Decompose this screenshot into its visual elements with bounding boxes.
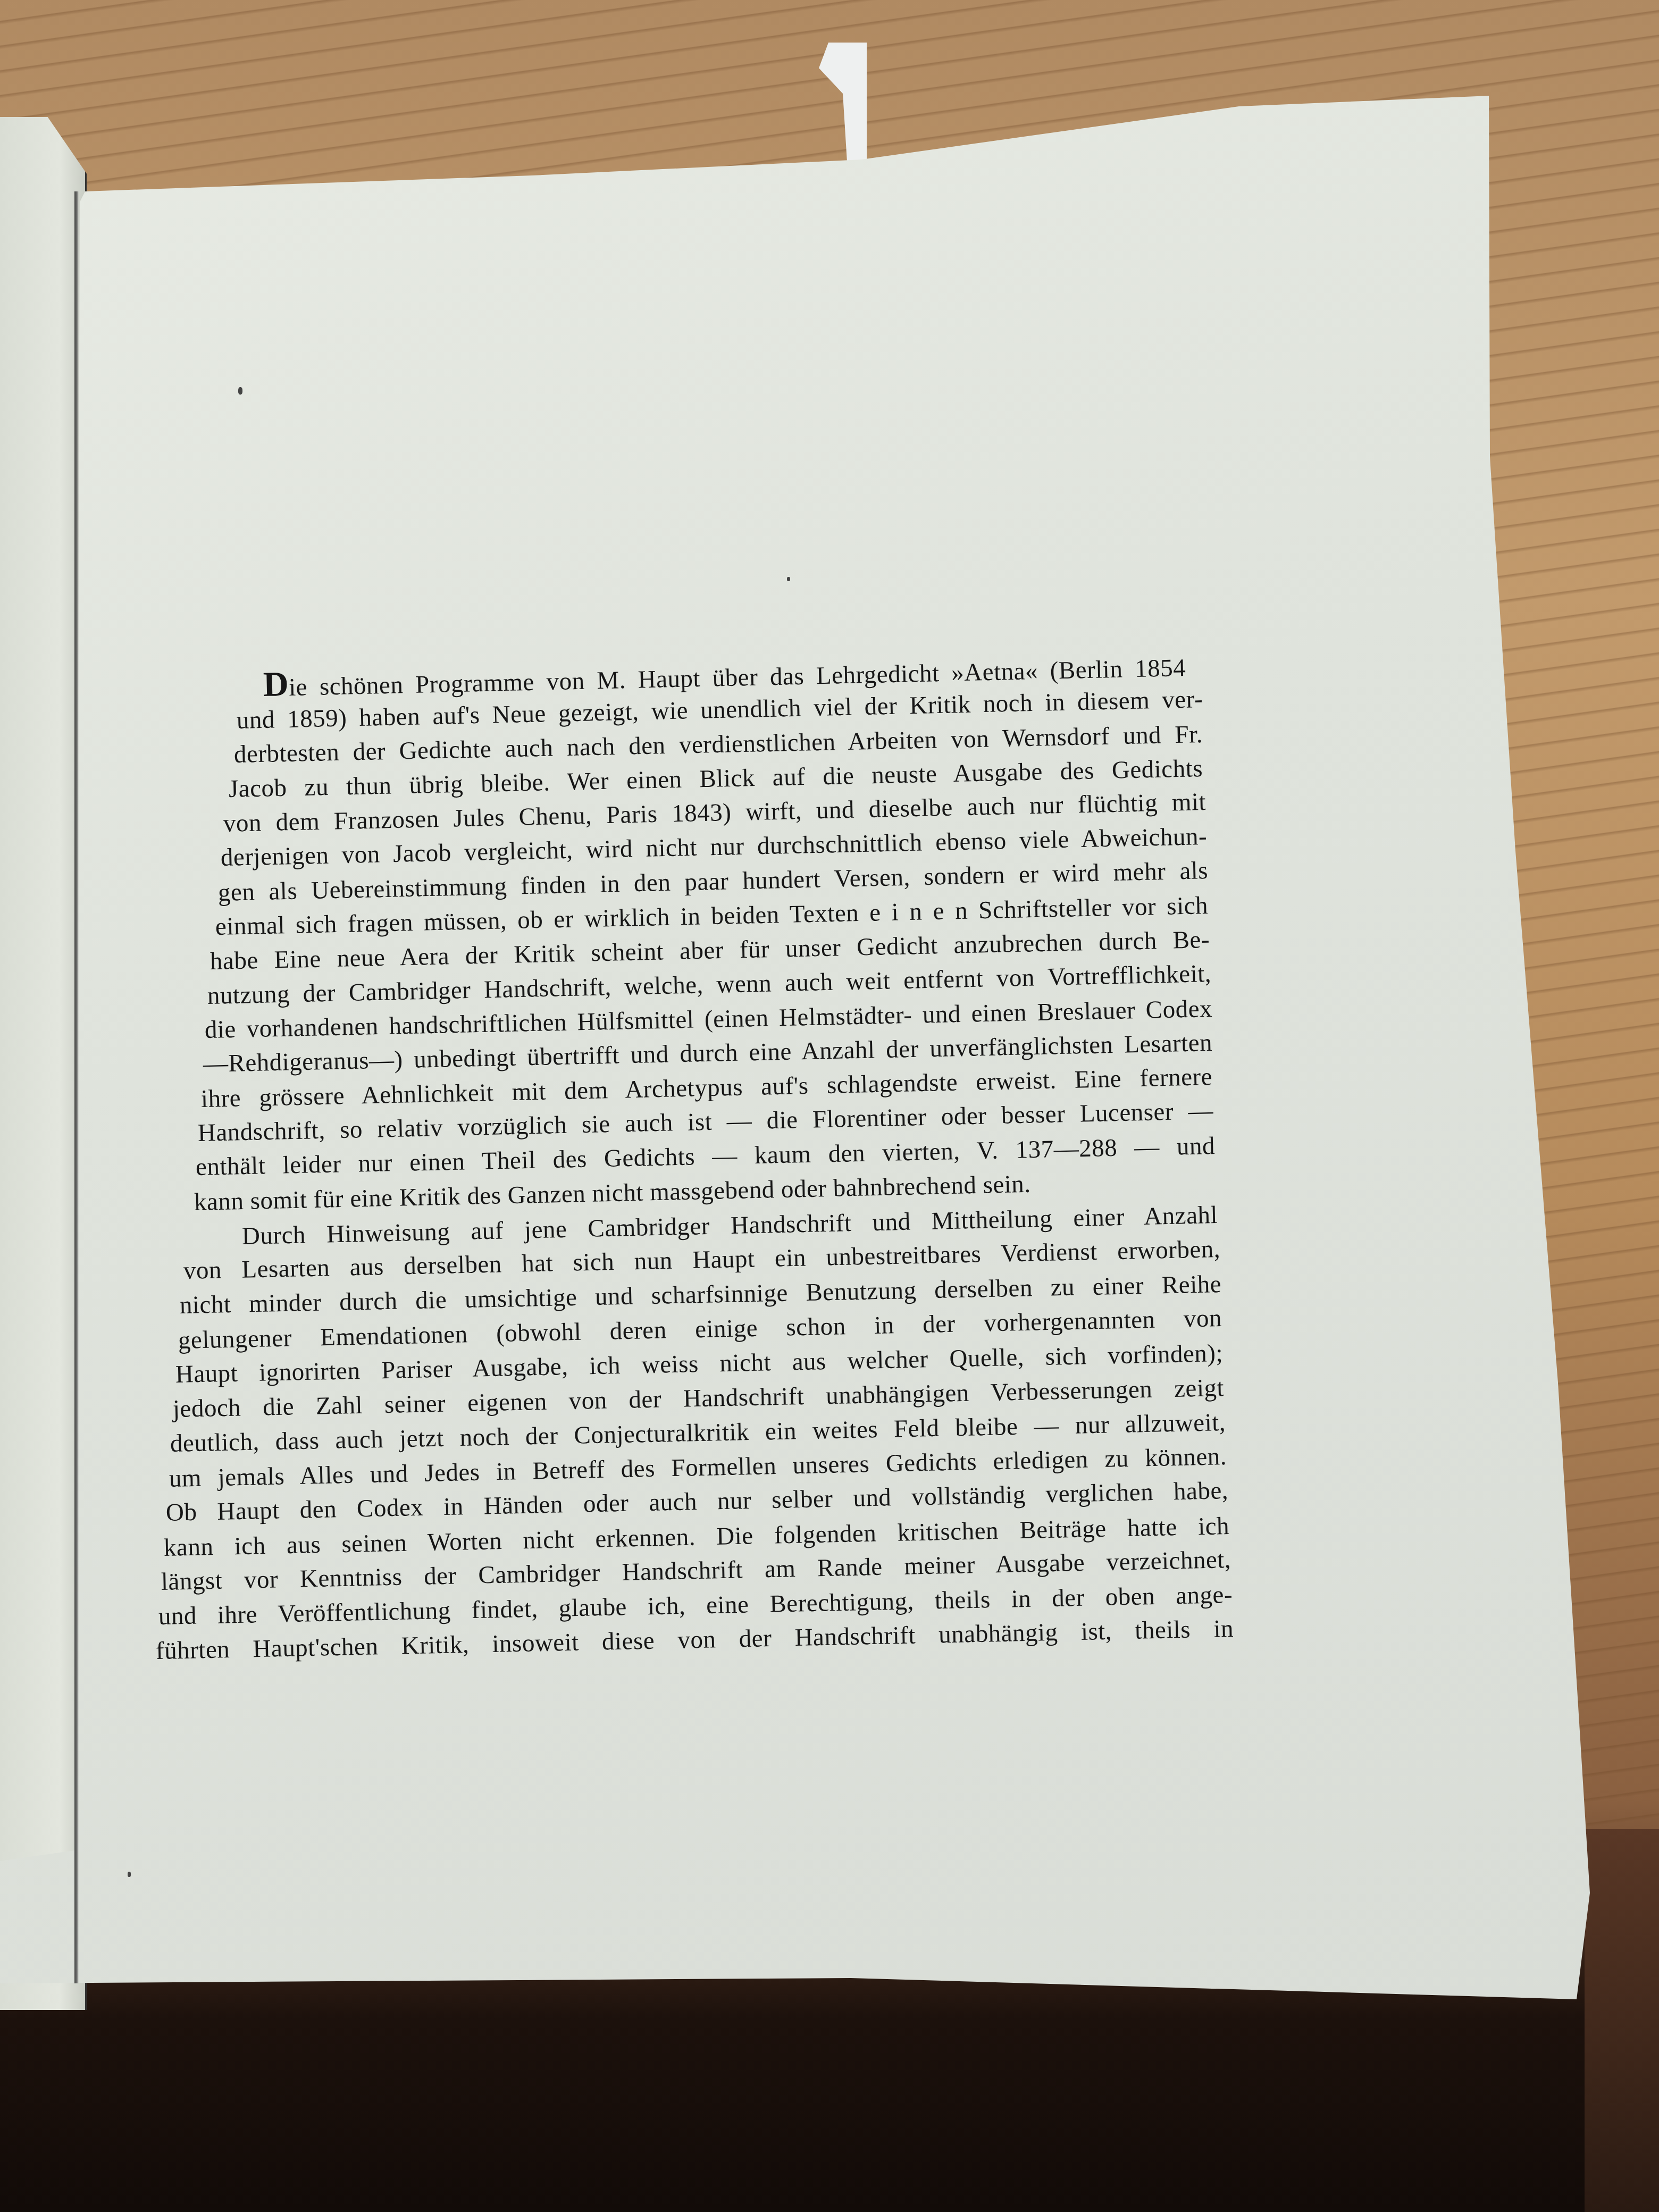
page-text: Die schönen Programme von M. Haupt über … — [0, 0, 1659, 2212]
drop-cap: D — [263, 665, 289, 704]
